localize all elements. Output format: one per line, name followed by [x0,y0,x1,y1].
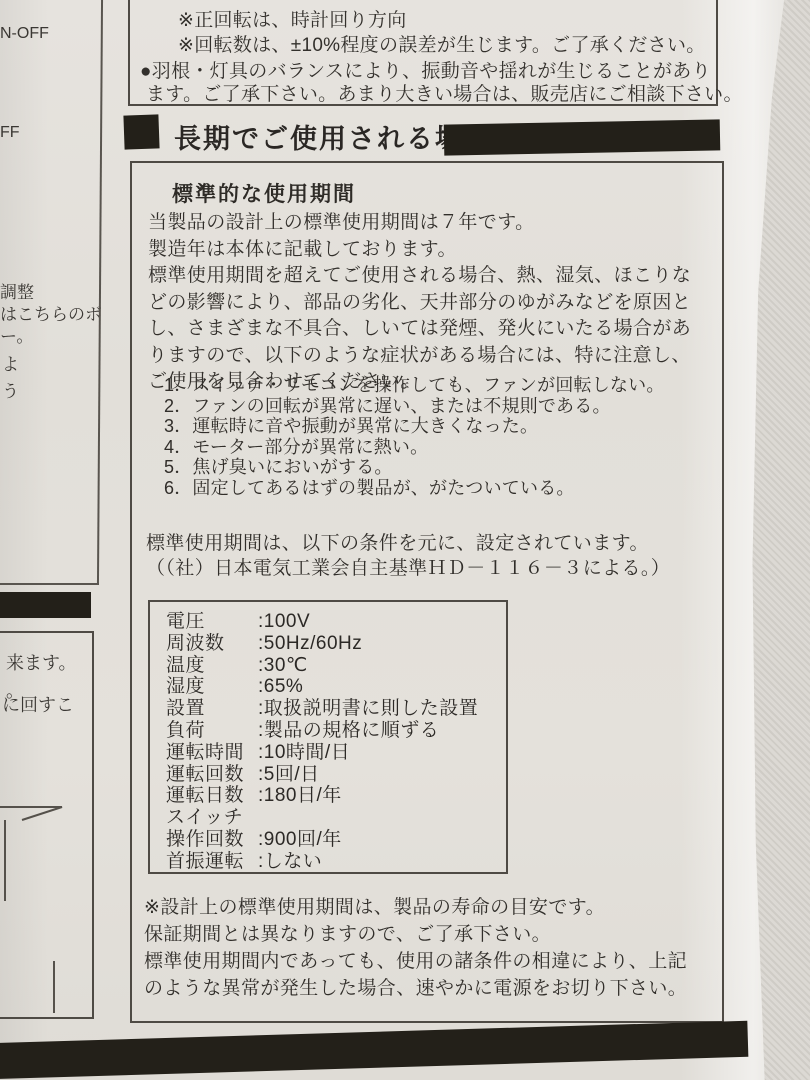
device-illustration-fragment [0,783,88,1013]
spec-label: 設置 [166,698,258,720]
left-section-bar [0,592,91,618]
header-bar [444,119,721,155]
note-rotation-direction: ※正回転は、時計回り方向 [178,5,407,32]
spec-value: :5回/日 [258,764,320,786]
conditions-paragraph: 標準使用期間は、以下の条件を元に、設定されています。（（社）日本電気工業会自主基… [146,532,670,581]
spec-label: 運転回数 [166,764,258,786]
spec-row: 周波数 :50Hz/60Hz [166,633,502,655]
spec-row: 湿度 :65% [166,676,502,698]
spec-label: 電圧 [166,611,258,633]
left-fragment-ff: FF [0,124,20,142]
rotation-notes-box: ※正回転は、時計回り方向 ※回転数は、±10%程度の誤差が生じます。ご了承くださ… [128,0,718,106]
left-fragment-n-off: N-OFF [0,25,49,43]
spec-value: :65% [258,676,303,698]
left-column: N-OFF FF 調整 はこちらのボ ー。 よ う 来ます。 。 に回すこ [0,0,130,1080]
spec-value: :100V [258,611,310,633]
spec-value: :製品の規格に順ずる [258,720,439,742]
left-fragment-u: う [2,377,19,402]
usage-period-paragraph: 当製品の設計上の標準使用期間は７年です。製造年は本体に記載しております。標準使用… [148,210,691,396]
subheading-standard-period: 標準的な使用期間 [172,178,356,208]
spec-label: 首振運転 [166,851,258,873]
header-square-icon [123,114,159,149]
spec-table-rows: 電圧 :100V 周波数 :50Hz/60Hz 温度 :30℃ 湿度 :65% [166,611,502,873]
spec-row: 設置 :取扱説明書に則した設置 [166,698,502,720]
symptom-list: 1．スイッチ・リモコンを操作しても、ファンが回転しない。2．ファンの回転が異常に… [164,375,665,499]
spec-row: 操作回数 :900回/年 [166,829,502,851]
left-column-divider [97,0,103,584]
spec-label: スイッチ [166,807,258,829]
spec-row: 運転回数 :5回/日 [166,764,502,786]
spec-value: :10時間/日 [258,742,350,764]
spec-row: 首振運転 :しない [166,851,502,873]
note-vibration-2: ます。ご了承下さい。あまり大きい場合は、販売店にご相談下さい。 [146,79,743,106]
footnote-paragraph: ※設計上の標準使用期間は、製品の寿命の目安です。保証期間とは異なりますので、ご了… [144,894,687,1002]
spec-table: 電圧 :100V 周波数 :50Hz/60Hz 温度 :30℃ 湿度 :65% [148,600,508,874]
spec-label: 湿度 [166,676,258,698]
main-content-box: 標準的な使用期間 当製品の設計上の標準使用期間は７年です。製造年は本体に記載して… [130,161,724,1023]
spec-value: :しない [258,851,322,873]
spec-label: 運転日数 [166,785,258,807]
spec-label: 操作回数 [166,829,258,851]
spec-label: 温度 [166,655,258,677]
spec-row: 運転日数 :180日/年 [166,785,502,807]
spec-value: :50Hz/60Hz [258,633,362,655]
left-lower-box: 来ます。 。 に回すこ [0,631,94,1019]
spec-row: スイッチ [166,807,502,829]
left-fragment-kimasu: 来ます。 [6,649,77,675]
spec-row: 電圧 :100V [166,611,502,633]
spec-label: 運転時間 [166,742,258,764]
left-fragment-mawasu: に回すこ [2,691,74,717]
spec-row: 負荷 :製品の規格に順ずる [166,720,502,742]
left-box-bottom-border [0,583,99,585]
left-fragment-yo: よ [2,350,19,375]
spec-label: 周波数 [166,633,258,655]
spec-value: :30℃ [258,655,308,677]
spec-value: :取扱説明書に則した設置 [258,698,478,720]
left-fragment-dash: ー。 [0,322,33,347]
spec-row: 温度 :30℃ [166,655,502,677]
spec-label: 負荷 [166,720,258,742]
photo-of-manual-page: { "colors":{"paper":"#e3e0da","fabric":"… [0,0,810,1080]
note-rotation-tolerance: ※回転数は、±10%程度の誤差が生じます。ご了承ください。 [178,30,706,57]
spec-value: :180日/年 [258,785,342,807]
spec-row: 運転時間 :10時間/日 [166,742,502,764]
spec-value: :900回/年 [258,829,342,851]
